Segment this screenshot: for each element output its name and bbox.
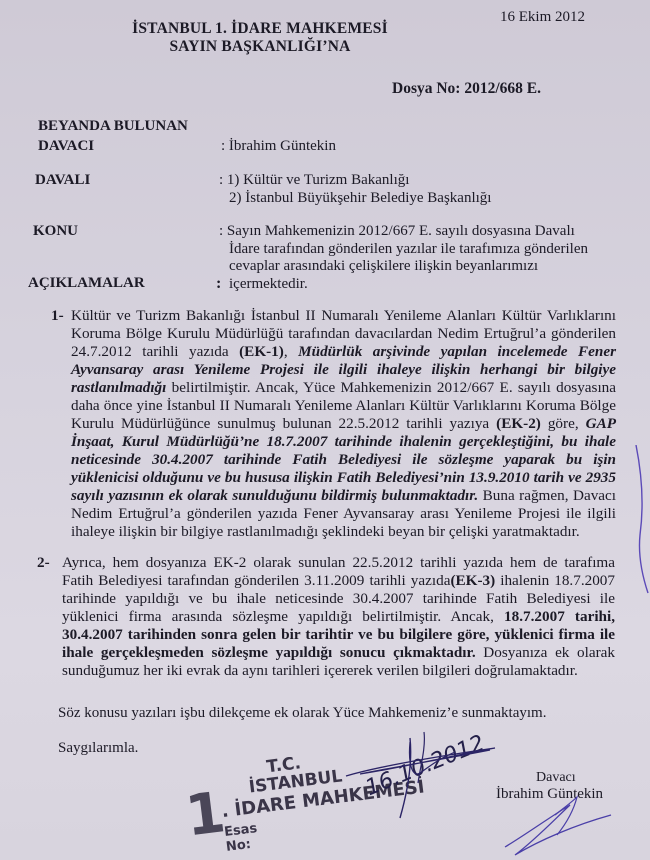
subject-label: KONU (33, 223, 78, 240)
regards: Saygılarımla. (58, 740, 138, 757)
defendant-value-2: 2) İstanbul Büyükşehir Belediye Başkanlı… (229, 190, 491, 207)
court-name: İSTANBUL 1. İDARE MAHKEMESİ (0, 20, 520, 38)
file-number: Dosya No: 2012/668 E. (392, 80, 541, 98)
text-segment: (EK-1) (239, 343, 284, 360)
subject-line: İdare tarafından gönderilen yazılar ile … (219, 241, 616, 259)
subject-line: içermektedir. (219, 276, 616, 294)
plaintiff-signature-icon (495, 795, 615, 860)
signer-title: Davacı (536, 770, 576, 786)
explanations-label: AÇIKLAMALAR (28, 275, 145, 292)
plaintiff-label: DAVACI (38, 138, 94, 155)
item-number: 2- (37, 554, 50, 572)
item-number: 1- (51, 307, 64, 325)
explanations-colon: : (216, 275, 221, 293)
official-signature-icon (340, 728, 500, 823)
subject-value: : Sayın Mahkemenizin 2012/667 E. sayılı … (219, 223, 616, 293)
explanation-item-1: Kültür ve Turizm Bakanlığı İstanbul II N… (71, 307, 616, 541)
explanation-item-2: Ayrıca, hem dosyanıza EK-2 olarak sunula… (62, 554, 615, 680)
defendant-value-1: : 1) Kültür ve Turizm Bakanlığı (219, 172, 409, 189)
text-segment: , (284, 343, 298, 360)
document-page: 16 Ekim 2012 İSTANBUL 1. İDARE MAHKEMESİ… (0, 0, 650, 860)
subject-line: : Sayın Mahkemenizin 2012/667 E. sayılı … (219, 223, 575, 239)
stamp-case-no: Esas No: (223, 821, 260, 855)
closing-statement: Söz konusu yazıları işbu dilekçeme ek ol… (58, 705, 546, 722)
plaintiff-value: : İbrahim Güntekin (221, 138, 336, 155)
court-addressee: SAYIN BAŞKANLIĞI’NA (0, 38, 520, 56)
text-segment: (EK-2) (496, 415, 541, 432)
margin-signature-stroke-icon (634, 445, 650, 595)
beyanda-label: BEYANDA BULUNAN (38, 118, 188, 135)
text-segment: göre, (541, 415, 586, 432)
subject-line: cevaplar arasındaki çelişkilere ilişkin … (219, 258, 616, 276)
text-segment: (EK-3) (450, 572, 495, 589)
defendant-label: DAVALI (35, 172, 90, 189)
